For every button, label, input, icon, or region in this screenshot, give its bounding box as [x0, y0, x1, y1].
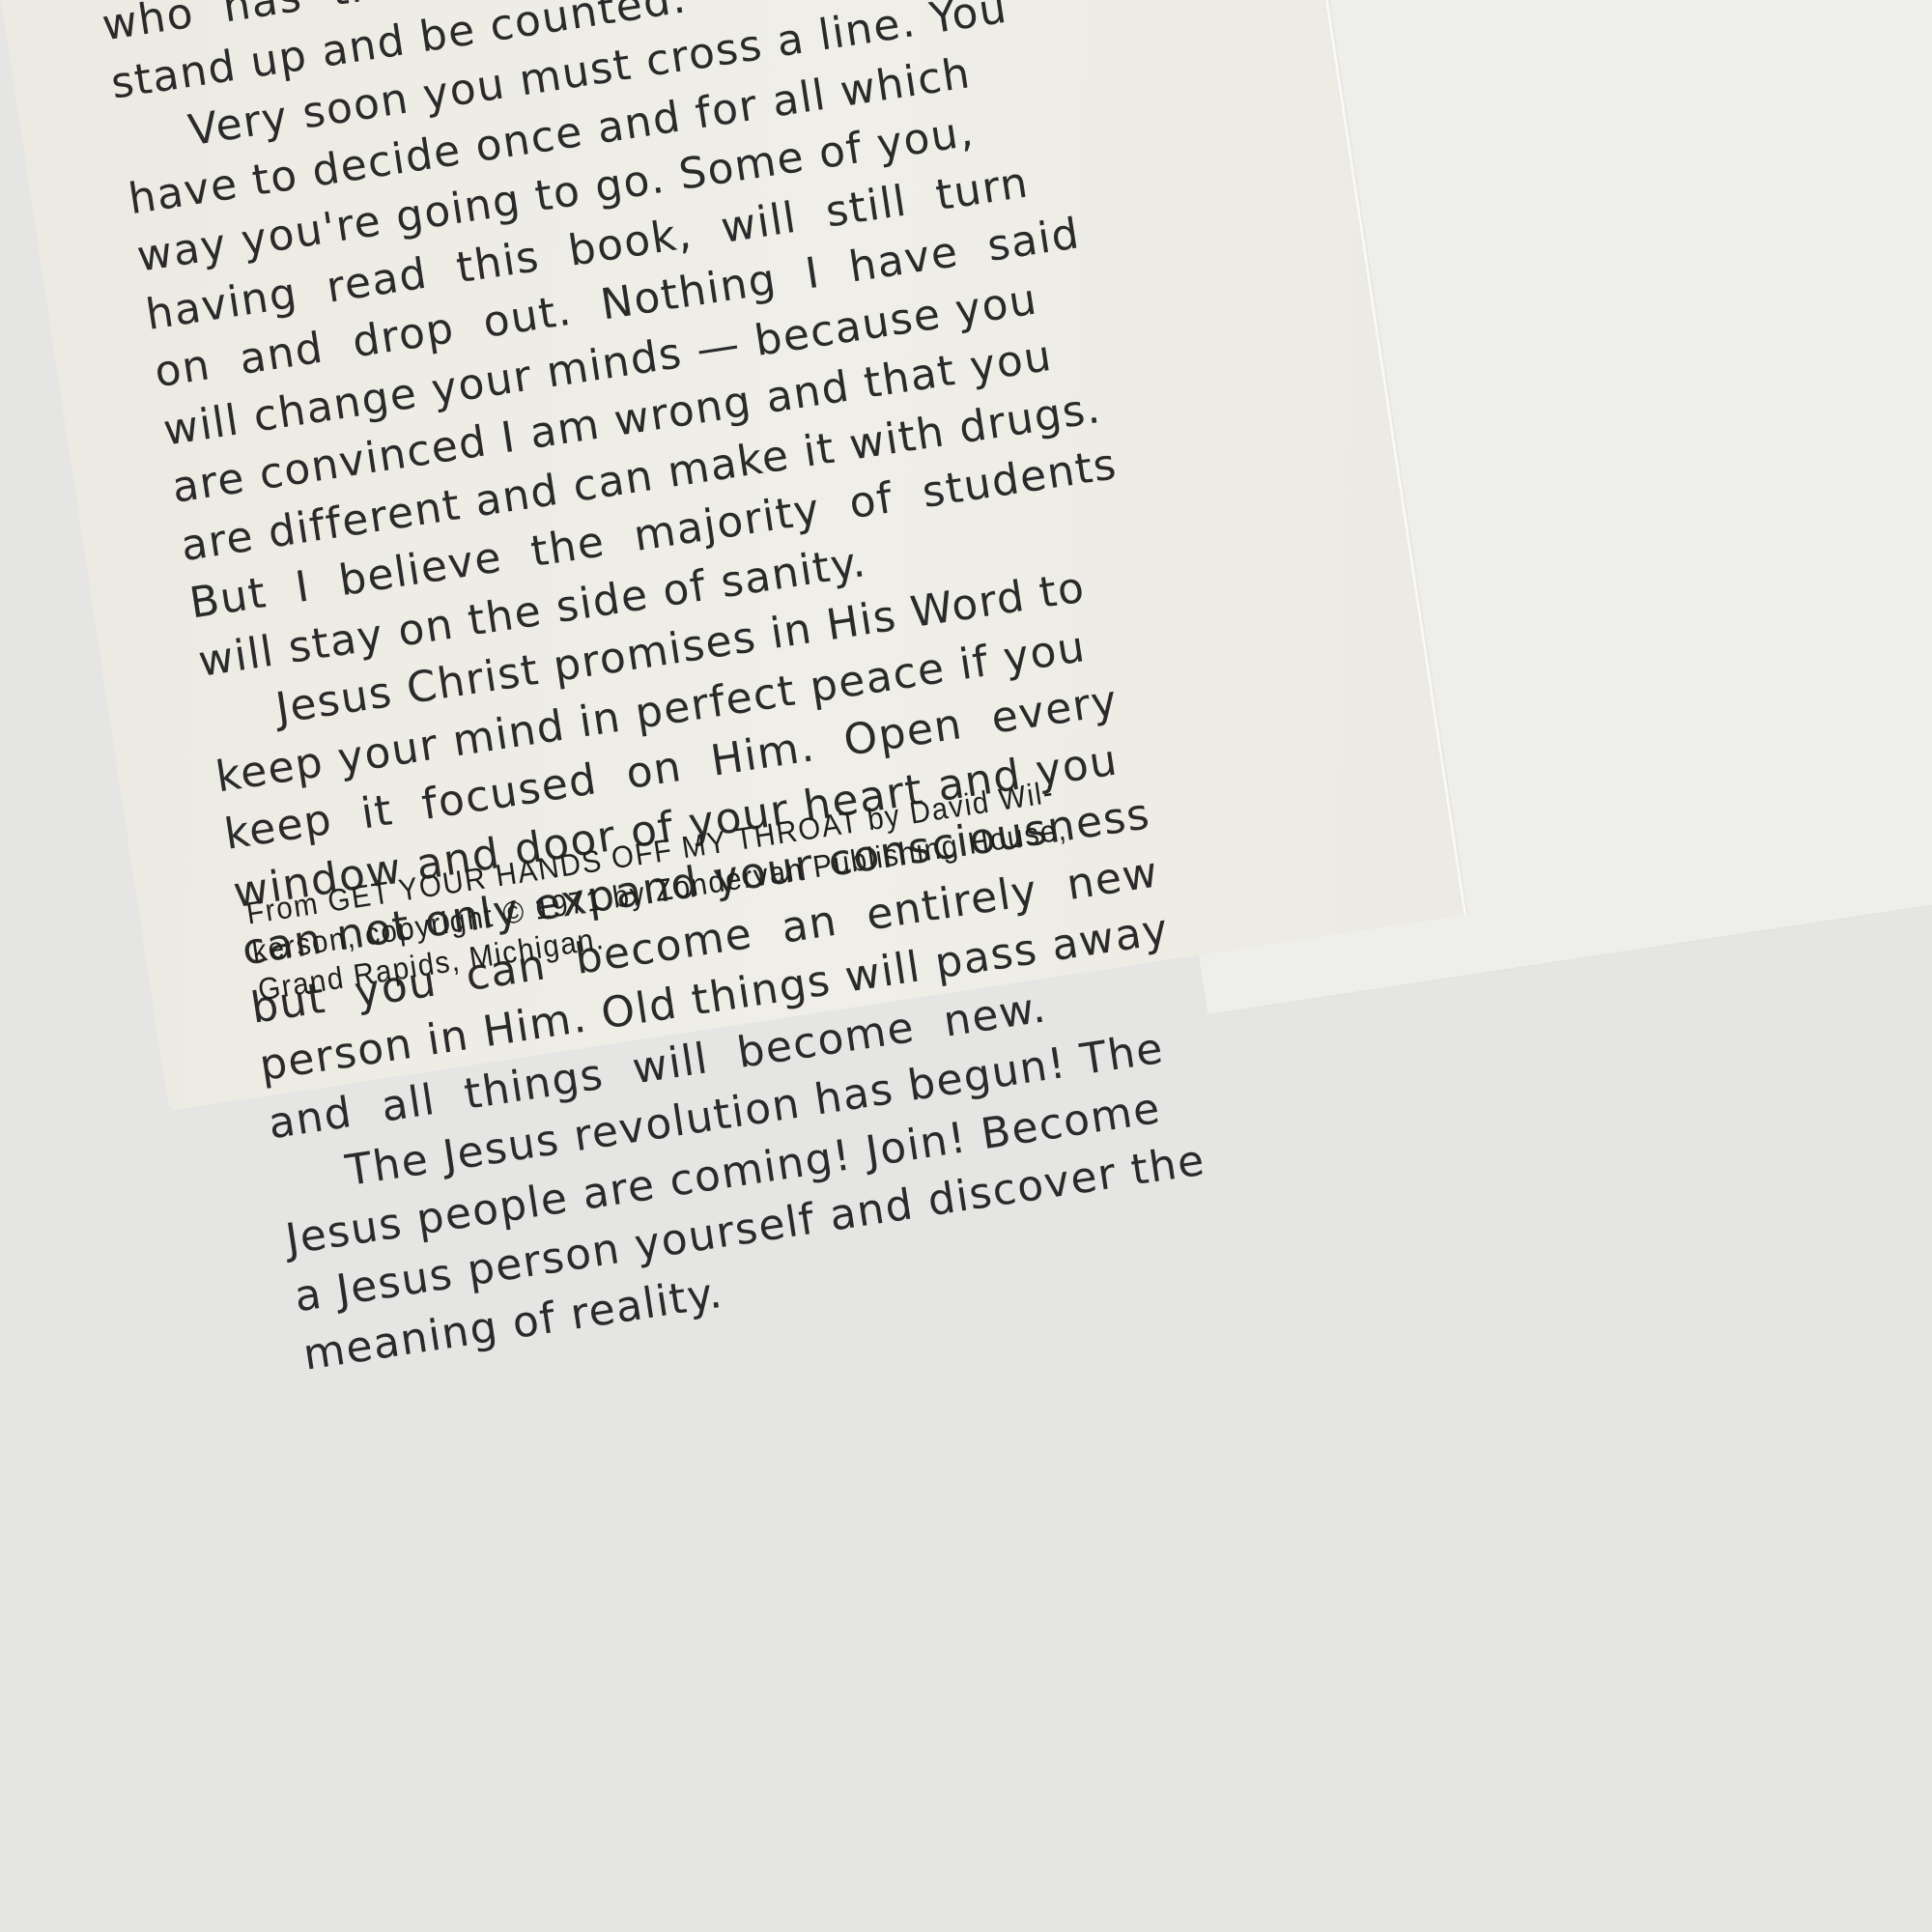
body-text: who has the powerstand up and be counted…: [99, 0, 1340, 1385]
photo-scene: who has the powerstand up and be counted…: [0, 0, 1932, 1932]
left-page: who has the powerstand up and be counted…: [0, 0, 1468, 1111]
